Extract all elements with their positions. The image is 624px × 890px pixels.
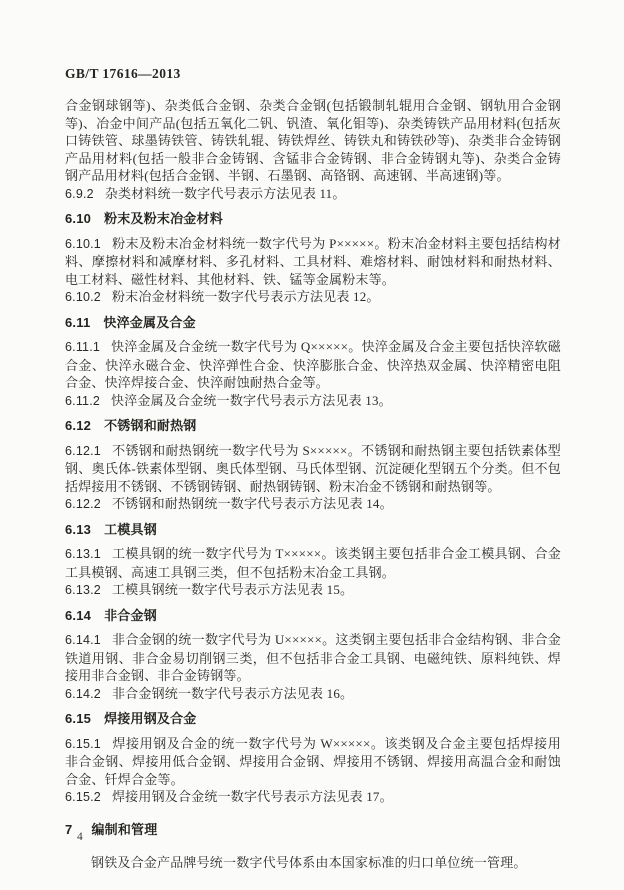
section-title: 焊接用钢及合金 [104,711,196,726]
section-title: 快淬金属及合金 [103,315,195,330]
clause-paragraph: 6.13.2工模具钢统一数字代号表示方法见表 15。 [65,581,561,600]
clause-paragraph: 6.11.2快淬金属及合金统一数字代号表示方法见表 13。 [65,392,561,411]
clause-number: 6.10.2 [65,290,101,304]
section-number: 6.15 [65,711,91,726]
section-number: 6.11 [65,315,90,330]
clause-number: 6.13.1 [65,547,101,561]
clause-paragraph: 6.11.1快淬金属及合金统一数字代号为 Q×××××。快淬金属及合金主要包括快… [65,338,561,392]
section-heading: 7编制和管理 [65,821,561,839]
section-title: 工模具钢 [104,522,157,537]
clause-number: 6.14.1 [65,633,101,647]
clause-number: 6.11.1 [65,340,100,354]
section-title: 非合金钢 [104,608,157,623]
section-title: 编制和管理 [91,822,157,837]
section-heading: 6.10粉末及粉末冶金材料 [65,210,561,228]
clause-number: 6.9.2 [65,187,94,201]
clause-number: 6.12.1 [65,444,101,458]
document-content: 合金钢球钢等)、杂类低合金钢、杂类合金钢(包括锻制轧辊用合金钢、钢轨用合金钢等)… [65,97,561,872]
clause-number: 6.11.2 [65,394,100,408]
body-paragraph: 合金钢球钢等)、杂类低合金钢、杂类合金钢(包括锻制轧辊用合金钢、钢轨用合金钢等)… [65,97,561,185]
section-heading: 6.11快淬金属及合金 [65,314,561,332]
clause-paragraph: 6.15.2焊接用钢及合金统一数字代号表示方法见表 17。 [65,788,561,807]
document-page: GB/T 17616—2013 合金钢球钢等)、杂类低合金钢、杂类合金钢(包括锻… [0,0,624,890]
clause-paragraph: 6.10.2粉末冶金材料统一数字代号表示方法见表 12。 [65,288,561,307]
body-paragraph: 钢铁及合金产品牌号统一数字代号体系由本国家标准的归口单位统一管理。 [65,854,561,872]
section-number: 6.10 [65,211,91,226]
clause-number: 6.10.1 [65,237,101,251]
clause-paragraph: 6.14.2非合金钢统一数字代号表示方法见表 16。 [65,685,561,704]
section-heading: 6.14非合金钢 [65,607,561,625]
clause-paragraph: 6.13.1工模具钢的统一数字代号为 T×××××。该类钢主要包括非合金工模具钢… [65,545,561,581]
section-number: 6.12 [65,418,91,433]
section-number: 6.14 [65,608,91,623]
clause-number: 6.13.2 [65,583,101,597]
standard-number-header: GB/T 17616—2013 [65,66,181,82]
clause-number: 6.15.1 [65,737,101,751]
page-number: 4 [77,831,83,843]
clause-paragraph: 6.12.2不锈钢和耐热钢统一数字代号表示方法见表 14。 [65,495,561,514]
clause-number: 6.12.2 [65,497,101,511]
section-number: 7 [65,822,72,837]
clause-paragraph: 6.15.1焊接用钢及合金的统一数字代号为 W×××××。该类钢及合金主要包括焊… [65,735,561,789]
clause-paragraph: 6.14.1非合金钢的统一数字代号为 U×××××。这类钢主要包括非合金结构钢、… [65,631,561,685]
clause-paragraph: 6.9.2杂类材料统一数字代号表示方法见表 11。 [65,185,561,204]
section-title: 粉末及粉末冶金材料 [104,211,223,226]
section-title: 不锈钢和耐热钢 [104,418,196,433]
clause-number: 6.15.2 [65,790,101,804]
section-heading: 6.13工模具钢 [65,521,561,539]
clause-paragraph: 6.10.1粉末及粉末冶金材料统一数字代号为 P×××××。粉末冶金材料主要包括… [65,235,561,289]
clause-paragraph: 6.12.1不锈钢和耐热钢统一数字代号为 S×××××。不锈钢和耐热钢主要包括铁… [65,442,561,496]
section-number: 6.13 [65,522,91,537]
clause-number: 6.14.2 [65,687,101,701]
section-heading: 6.12不锈钢和耐热钢 [65,417,561,435]
section-heading: 6.15焊接用钢及合金 [65,710,561,728]
